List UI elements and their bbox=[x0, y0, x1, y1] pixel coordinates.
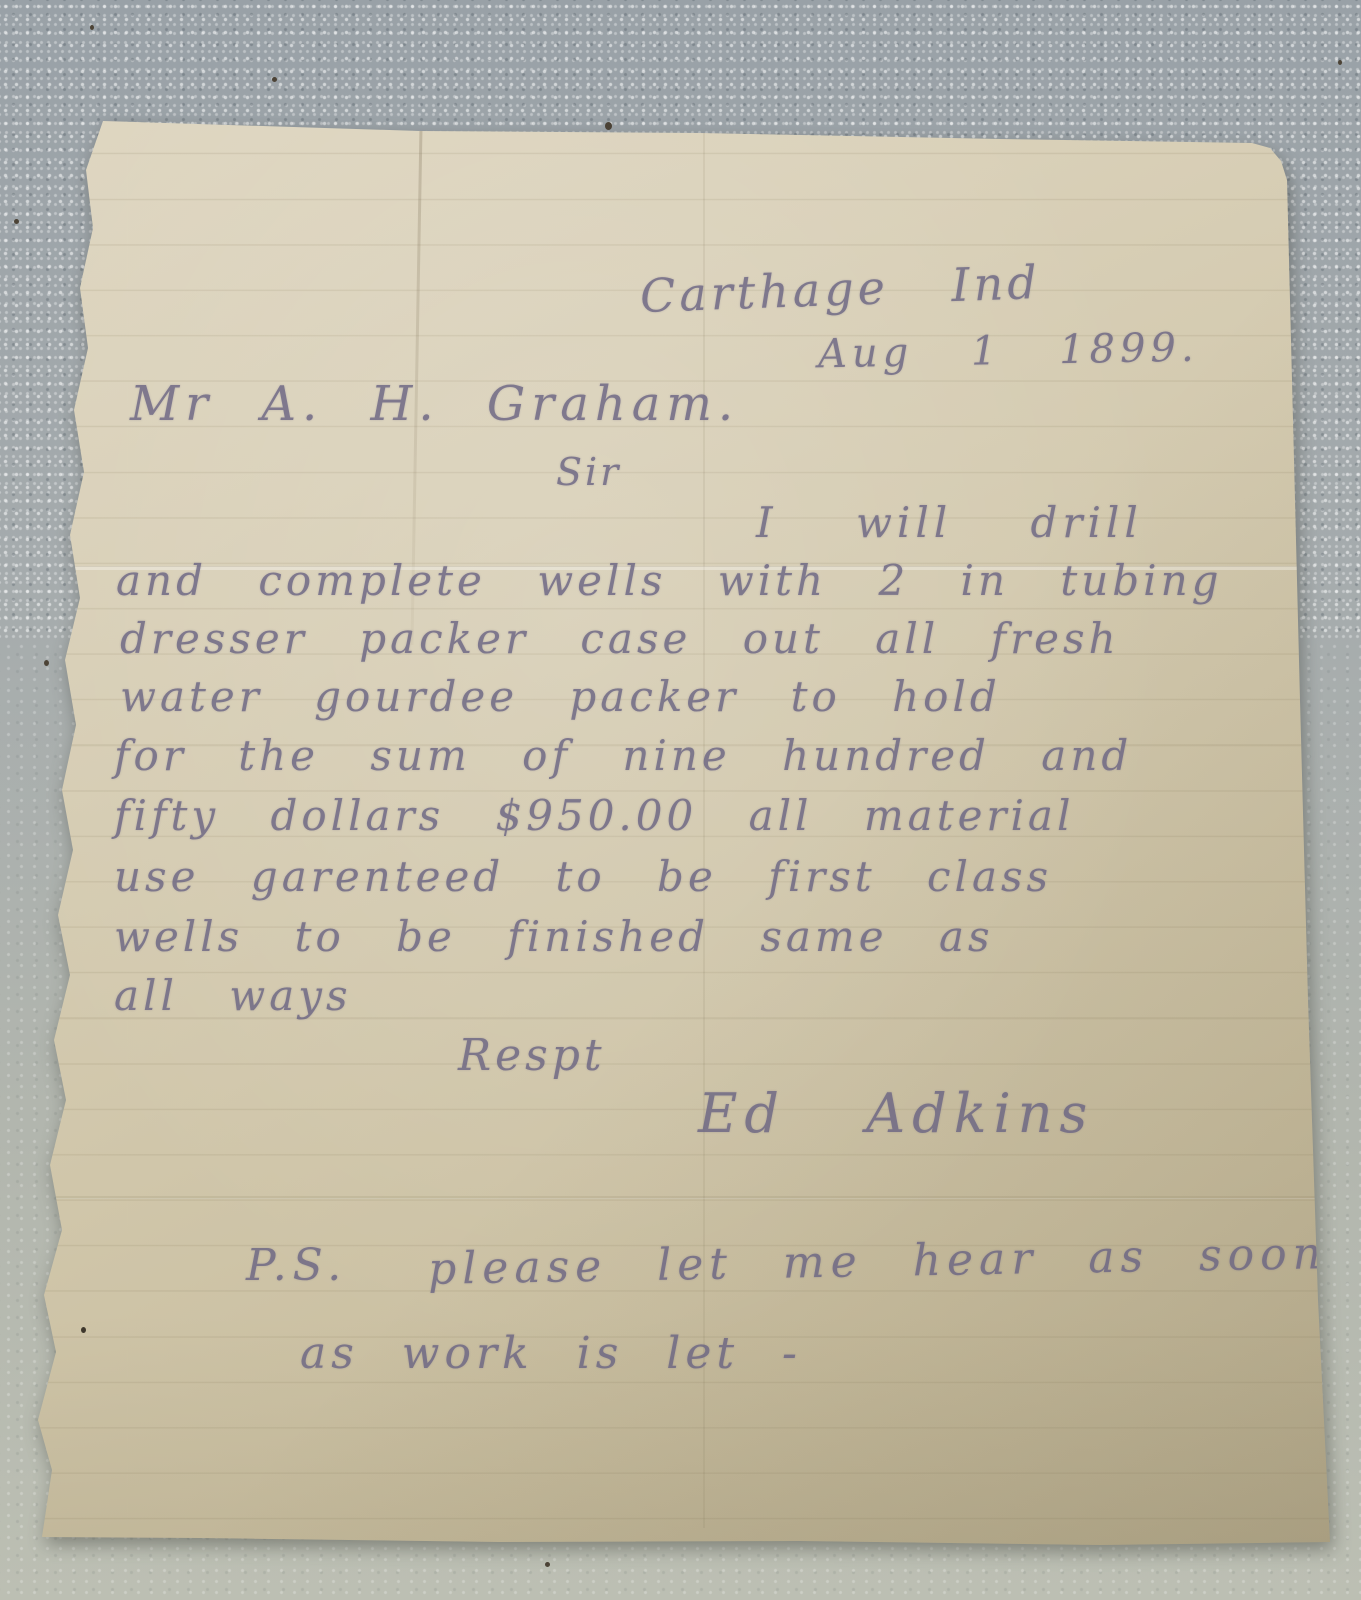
postscript-label: P.S. bbox=[246, 1240, 347, 1291]
body-line: for the sum of nine hundred and bbox=[114, 731, 1132, 780]
body-line: wells to be finished same as bbox=[114, 912, 994, 961]
body-line: use garenteed to be first class bbox=[114, 852, 1052, 901]
body-line: all ways bbox=[114, 971, 352, 1020]
body-line: water gourdee packer to hold bbox=[120, 672, 1001, 721]
body-opening-line: I will drill bbox=[756, 498, 1143, 547]
heading-date: Aug 1 1899. bbox=[818, 325, 1199, 378]
closing: Respt bbox=[458, 1030, 606, 1081]
postscript-line: as work is let - bbox=[300, 1328, 802, 1379]
wall-background: Carthage Ind Aug 1 1899. Mr A. H. Graham… bbox=[0, 0, 1361, 1600]
paper-speck bbox=[81, 1327, 86, 1333]
letter-photo: Carthage Ind Aug 1 1899. Mr A. H. Graham… bbox=[0, 0, 1361, 1600]
recipient-line: Mr A. H. Graham. bbox=[130, 376, 739, 432]
body-line: fifty dollars $950.00 all material bbox=[114, 791, 1074, 840]
letter-paper: Carthage Ind Aug 1 1899. Mr A. H. Graham… bbox=[0, 0, 1361, 1600]
body-line: dresser packer case out all fresh bbox=[120, 614, 1120, 663]
body-line: and complete wells with 2 in tubing bbox=[116, 556, 1223, 605]
salutation: Sir bbox=[556, 450, 621, 494]
signature: Ed Adkins bbox=[698, 1082, 1094, 1145]
